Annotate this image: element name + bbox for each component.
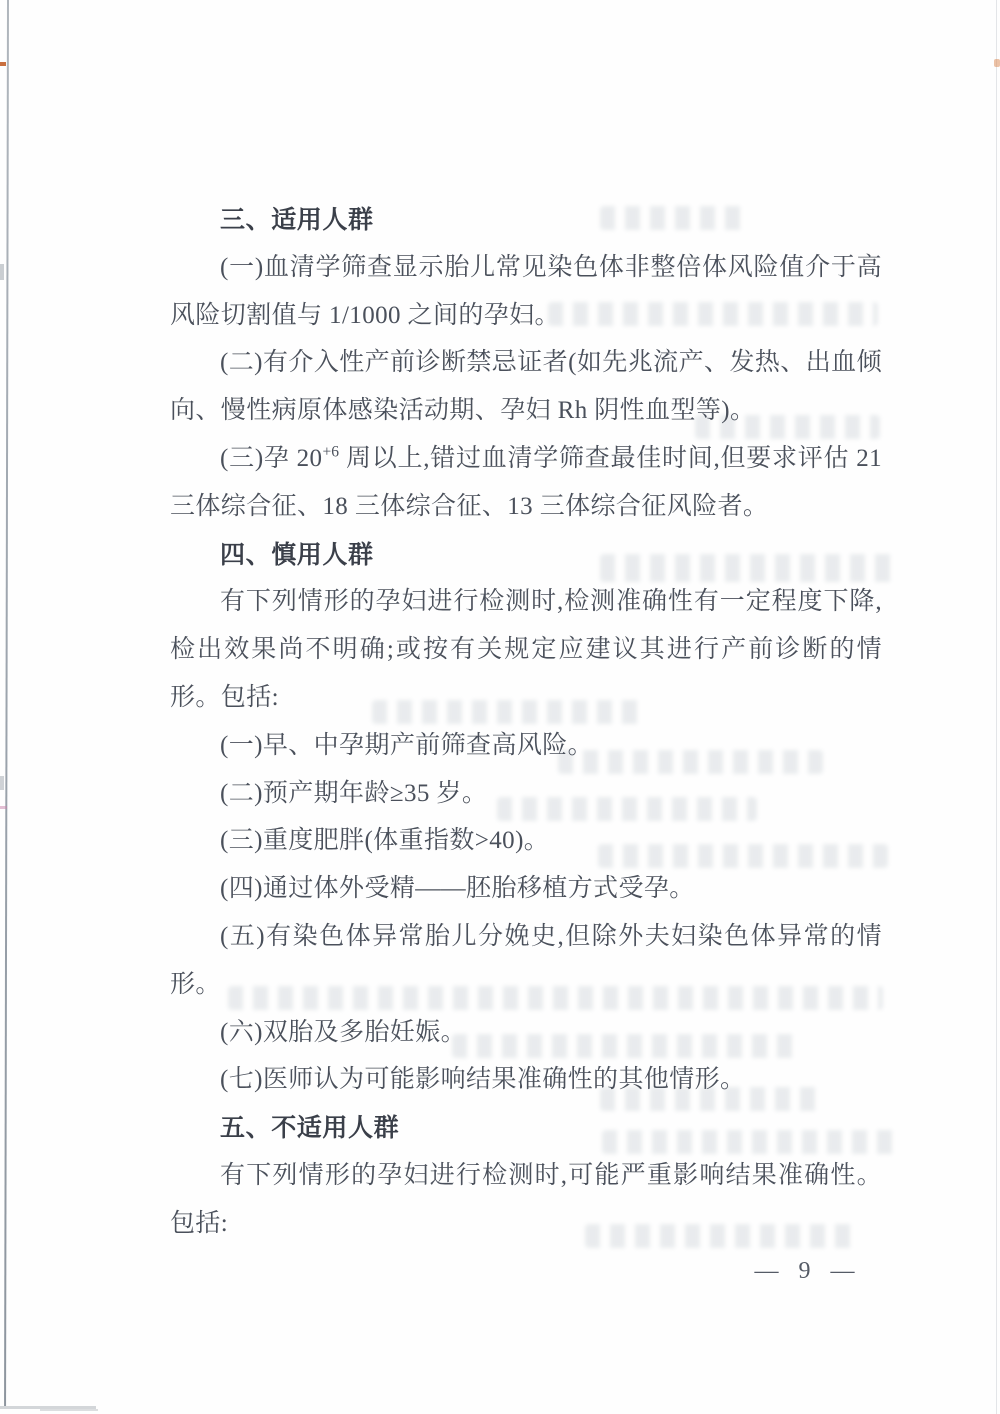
scan-mark-gray <box>0 264 4 280</box>
scan-mark-pink <box>0 806 7 809</box>
scan-edge-line-right <box>996 0 997 1414</box>
scan-mark-orange-left <box>0 62 6 66</box>
paragraph-caution-intro: 有下列情形的孕妇进行检测时,检测准确性有一定程度下降,检出效果尚不明确;或按有关… <box>170 578 882 721</box>
list-item-high-risk-screening: (一)早、中孕期产前筛查高风险。 <box>170 722 882 770</box>
scan-edge-line-left <box>4 0 9 1406</box>
list-item-serology-screening: (一)血清学筛查显示胎儿常见染色体非整倍体风险值介于高风险切割值与 1/1000… <box>170 244 882 340</box>
list-item-contraindication: (二)有介入性产前诊断禁忌证者(如先兆流产、发热、出血倾向、慢性病原体感染活动期… <box>170 339 882 435</box>
paragraph-not-applicable-intro: 有下列情形的孕妇进行检测时,可能严重影响结果准确性。包括: <box>170 1152 882 1248</box>
list-item-age-over-35: (二)预产期年龄≥35 岁。 <box>170 770 882 818</box>
section-heading-not-applicable-population: 五、不适用人群 <box>170 1104 882 1152</box>
scan-mark-gray <box>0 776 4 790</box>
list-item-severe-obesity: (三)重度肥胖(体重指数>40)。 <box>170 817 882 865</box>
list-item-gestation-over-20-weeks: (三)孕 20+6 周以上,错过血清学筛查最佳时间,但要求评估 21 三体综合征… <box>170 435 882 531</box>
section-heading-caution-population: 四、慎用人群 <box>170 531 882 579</box>
superscript-gestation-days: +6 <box>322 444 339 461</box>
list-item-physician-judgement: (七)医师认为可能影响结果准确性的其他情形。 <box>170 1056 882 1104</box>
list-item-chromosome-abnormal-history: (五)有染色体异常胎儿分娩史,但除外夫妇染色体异常的情形。 <box>170 913 882 1009</box>
scan-mark-bottom <box>40 1409 98 1411</box>
document-body: 三、适用人群 (一)血清学筛查显示胎儿常见染色体非整倍体风险值介于高风险切割值与… <box>170 196 882 1248</box>
page-number: — 9 — <box>735 1258 875 1285</box>
scan-mark-orange-right <box>994 59 1000 67</box>
section-heading-applicable-population: 三、适用人群 <box>170 196 882 244</box>
paragraph-text-prefix: (三)孕 20 <box>220 445 322 472</box>
list-item-twin-multiple-pregnancy: (六)双胎及多胎妊娠。 <box>170 1009 882 1057</box>
scanned-document-page: 三、适用人群 (一)血清学筛查显示胎儿常见染色体非整倍体风险值介于高风险切割值与… <box>0 0 1000 1414</box>
list-item-ivf-embryo-transfer: (四)通过体外受精——胚胎移植方式受孕。 <box>170 865 882 913</box>
